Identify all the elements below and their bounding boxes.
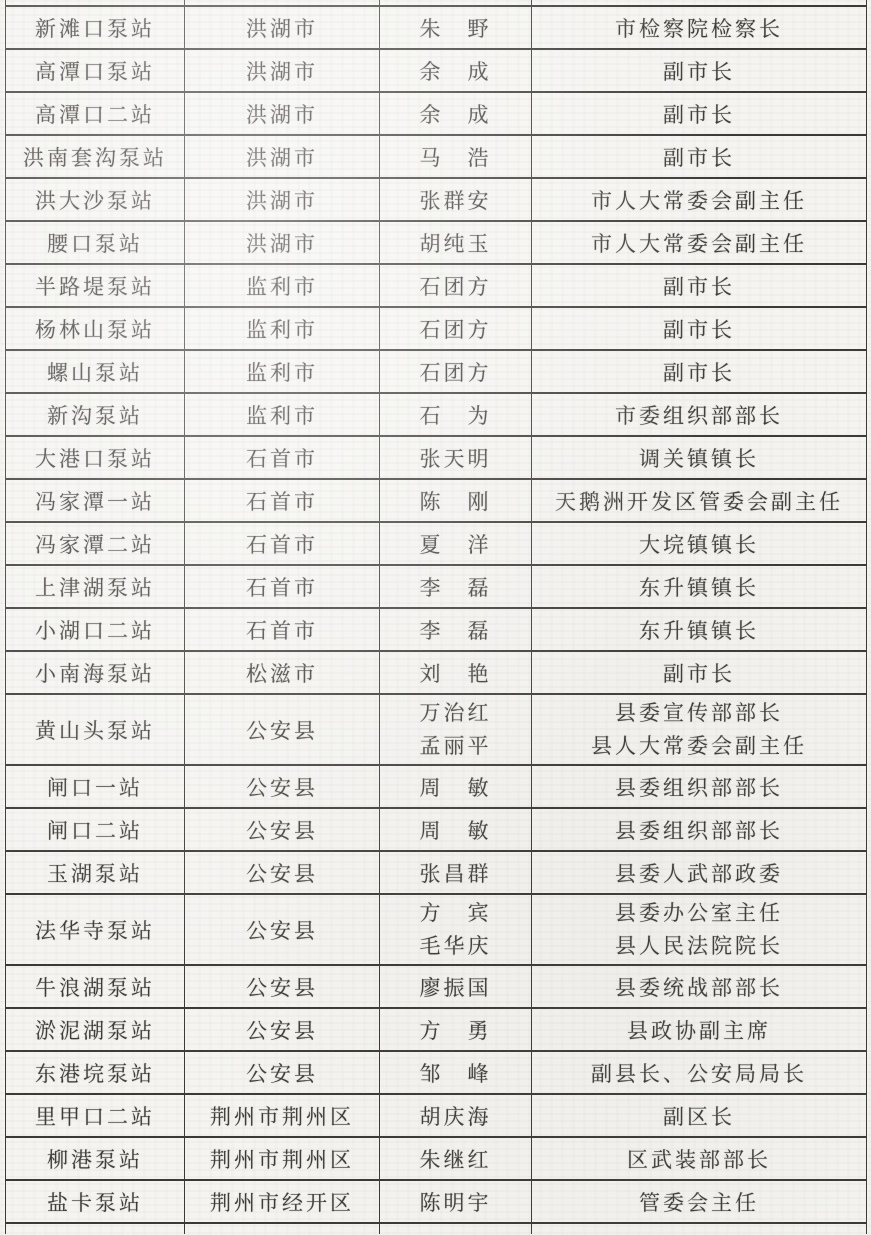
table-row: 东港垸泵站公安县邹 峰副县长、公安局局长 [6, 1051, 867, 1094]
city-cell: 公安县 [185, 965, 380, 1008]
name-cell-line: 毛华庆 [380, 930, 531, 963]
name-cell: 朱 野 [380, 6, 532, 49]
station-cell: 玉湖泵站 [6, 851, 185, 894]
position-cell: 县政协副主席 [532, 1008, 867, 1051]
station-cell: 高潭口泵站 [6, 49, 185, 92]
city-cell: 洪湖市 [185, 221, 380, 264]
table-row: 半路堤泵站监利市石团方副市长 [6, 264, 867, 307]
position-cell: 区武装部部长 [532, 1137, 867, 1180]
name-cell: 刘 艳 [380, 651, 532, 694]
station-cell: 里甲口二站 [6, 1094, 185, 1137]
table-row: 新滩口泵站洪湖市朱 野市检察院检察长 [6, 6, 867, 49]
station-cell: 冯家潭二站 [6, 522, 185, 565]
table-row: 冯家潭一站石首市陈 刚天鹅洲开发区管委会副主任 [6, 479, 867, 522]
position-cell: 市委组织部部长 [532, 393, 867, 436]
table-row: 杨林山泵站监利市石团方副市长 [6, 307, 867, 350]
city-cell: 公安县 [185, 765, 380, 808]
position-cell: 县委宣传部部长县人大常委会副主任 [532, 694, 867, 765]
table-row: 黄山头泵站公安县万治红孟丽平县委宣传部部长县人大常委会副主任 [6, 694, 867, 765]
city-cell: 荆州市经开区 [185, 1180, 380, 1223]
position-cell: 副市长 [532, 651, 867, 694]
city-cell: 石首市 [185, 436, 380, 479]
station-cell: 法华寺泵站 [6, 894, 185, 965]
position-cell: 县委办公室主任县人民法院院长 [532, 894, 867, 965]
position-cell: 大垸镇镇长 [532, 522, 867, 565]
table-row: 小南海泵站松滋市刘 艳副市长 [6, 651, 867, 694]
name-cell: 张昌群 [380, 851, 532, 894]
name-cell-cropped [380, 1223, 532, 1234]
station-cell: 闸口一站 [6, 765, 185, 808]
station-cell: 杨林山泵站 [6, 307, 185, 350]
station-cell: 小南海泵站 [6, 651, 185, 694]
station-cell: 盐卡泵站 [6, 1180, 185, 1223]
city-cell: 荆州市荆州区 [185, 1137, 380, 1180]
station-cell: 柳港泵站 [6, 1137, 185, 1180]
name-cell: 陈明宇 [380, 1180, 532, 1223]
station-cell: 黄山头泵站 [6, 694, 185, 765]
name-cell: 石团方 [380, 307, 532, 350]
table-row: 牛浪湖泵站公安县廖振国县委统战部部长 [6, 965, 867, 1008]
station-cell: 小湖口二站 [6, 608, 185, 651]
table-row-partial-bottom [6, 1223, 867, 1234]
table-row: 上津湖泵站石首市李 磊东升镇镇长 [6, 565, 867, 608]
city-cell: 公安县 [185, 808, 380, 851]
name-cell: 李 磊 [380, 608, 532, 651]
city-cell: 监利市 [185, 264, 380, 307]
name-cell: 邹 峰 [380, 1051, 532, 1094]
position-cell-line: 县委办公室主任 [532, 897, 866, 930]
city-cell: 石首市 [185, 608, 380, 651]
station-cell: 新沟泵站 [6, 393, 185, 436]
table-row: 小湖口二站石首市李 磊东升镇镇长 [6, 608, 867, 651]
name-cell: 石团方 [380, 350, 532, 393]
name-cell: 胡庆海 [380, 1094, 532, 1137]
name-cell: 万治红孟丽平 [380, 694, 532, 765]
city-cell: 公安县 [185, 1008, 380, 1051]
name-cell: 周 敏 [380, 808, 532, 851]
table-row: 法华寺泵站公安县方 宾毛华庆县委办公室主任县人民法院院长 [6, 894, 867, 965]
city-cell: 公安县 [185, 851, 380, 894]
city-cell: 荆州市荆州区 [185, 1094, 380, 1137]
name-cell: 方 宾毛华庆 [380, 894, 532, 965]
city-cell-cropped [185, 1223, 380, 1234]
station-cell: 冯家潭一站 [6, 479, 185, 522]
name-cell-line: 孟丽平 [380, 730, 531, 763]
name-cell: 朱继红 [380, 1137, 532, 1180]
position-cell: 县委组织部部长 [532, 765, 867, 808]
table-row: 高潭口泵站洪湖市余 成副市长 [6, 49, 867, 92]
city-cell: 监利市 [185, 350, 380, 393]
position-cell: 东升镇镇长 [532, 608, 867, 651]
pump-station-officials-table: 新滩口泵站洪湖市朱 野市检察院检察长高潭口泵站洪湖市余 成副市长高潭口二站洪湖市… [5, 0, 867, 1234]
station-cell: 东港垸泵站 [6, 1051, 185, 1094]
position-cell: 县委组织部部长 [532, 808, 867, 851]
name-cell-line: 万治红 [380, 697, 531, 730]
position-cell: 副市长 [532, 350, 867, 393]
station-cell: 洪大沙泵站 [6, 178, 185, 221]
table-row: 闸口二站公安县周 敏县委组织部部长 [6, 808, 867, 851]
city-cell: 洪湖市 [185, 6, 380, 49]
position-cell: 天鹅洲开发区管委会副主任 [532, 479, 867, 522]
position-cell: 市人大常委会副主任 [532, 221, 867, 264]
position-cell: 县委人武部政委 [532, 851, 867, 894]
position-cell: 副市长 [532, 92, 867, 135]
position-cell: 副县长、公安局局长 [532, 1051, 867, 1094]
station-cell: 高潭口二站 [6, 92, 185, 135]
table-row: 高潭口二站洪湖市余 成副市长 [6, 92, 867, 135]
table-row: 闸口一站公安县周 敏县委组织部部长 [6, 765, 867, 808]
name-cell: 马 浩 [380, 135, 532, 178]
city-cell: 洪湖市 [185, 178, 380, 221]
table-row: 淤泥湖泵站公安县方 勇县政协副主席 [6, 1008, 867, 1051]
position-cell: 副市长 [532, 264, 867, 307]
station-cell: 闸口二站 [6, 808, 185, 851]
name-cell: 余 成 [380, 92, 532, 135]
position-cell-cropped [532, 1223, 867, 1234]
name-cell: 夏 洋 [380, 522, 532, 565]
position-cell-line: 县委宣传部部长 [532, 697, 866, 730]
station-cell: 半路堤泵站 [6, 264, 185, 307]
city-cell: 洪湖市 [185, 92, 380, 135]
table-row: 里甲口二站荆州市荆州区胡庆海副区长 [6, 1094, 867, 1137]
city-cell: 石首市 [185, 479, 380, 522]
name-cell: 方 勇 [380, 1008, 532, 1051]
city-cell: 监利市 [185, 307, 380, 350]
table-row: 洪大沙泵站洪湖市张群安市人大常委会副主任 [6, 178, 867, 221]
table-row: 柳港泵站荆州市荆州区朱继红区武装部部长 [6, 1137, 867, 1180]
position-cell: 调关镇镇长 [532, 436, 867, 479]
city-cell: 石首市 [185, 565, 380, 608]
table-row: 大港口泵站石首市张天明调关镇镇长 [6, 436, 867, 479]
city-cell: 监利市 [185, 393, 380, 436]
position-cell: 市人大常委会副主任 [532, 178, 867, 221]
station-cell: 牛浪湖泵站 [6, 965, 185, 1008]
table-row: 洪南套沟泵站洪湖市马 浩副市长 [6, 135, 867, 178]
name-cell: 廖振国 [380, 965, 532, 1008]
city-cell: 石首市 [185, 522, 380, 565]
name-cell-line: 方 宾 [380, 897, 531, 930]
city-cell: 公安县 [185, 894, 380, 965]
name-cell: 余 成 [380, 49, 532, 92]
station-cell: 洪南套沟泵站 [6, 135, 185, 178]
position-cell: 副市长 [532, 49, 867, 92]
position-cell-line: 县人民法院院长 [532, 930, 866, 963]
position-cell: 东升镇镇长 [532, 565, 867, 608]
city-cell: 公安县 [185, 1051, 380, 1094]
city-cell: 洪湖市 [185, 49, 380, 92]
table-row: 冯家潭二站石首市夏 洋大垸镇镇长 [6, 522, 867, 565]
name-cell: 张群安 [380, 178, 532, 221]
name-cell: 李 磊 [380, 565, 532, 608]
name-cell: 陈 刚 [380, 479, 532, 522]
scanned-document-page: 新滩口泵站洪湖市朱 野市检察院检察长高潭口泵站洪湖市余 成副市长高潭口二站洪湖市… [0, 0, 871, 1235]
position-cell: 市检察院检察长 [532, 6, 867, 49]
name-cell: 周 敏 [380, 765, 532, 808]
table-row: 盐卡泵站荆州市经开区陈明宇管委会主任 [6, 1180, 867, 1223]
table-row: 螺山泵站监利市石团方副市长 [6, 350, 867, 393]
city-cell: 松滋市 [185, 651, 380, 694]
position-cell: 副市长 [532, 307, 867, 350]
table-row: 新沟泵站监利市石 为市委组织部部长 [6, 393, 867, 436]
table-row: 腰口泵站洪湖市胡纯玉市人大常委会副主任 [6, 221, 867, 264]
position-cell-line: 县人大常委会副主任 [532, 730, 866, 763]
name-cell: 张天明 [380, 436, 532, 479]
city-cell: 洪湖市 [185, 135, 380, 178]
position-cell: 副区长 [532, 1094, 867, 1137]
station-cell: 新滩口泵站 [6, 6, 185, 49]
table-row: 玉湖泵站公安县张昌群县委人武部政委 [6, 851, 867, 894]
station-cell-cropped [6, 1223, 185, 1234]
name-cell: 石团方 [380, 264, 532, 307]
station-cell: 淤泥湖泵站 [6, 1008, 185, 1051]
position-cell: 管委会主任 [532, 1180, 867, 1223]
station-cell: 腰口泵站 [6, 221, 185, 264]
name-cell: 胡纯玉 [380, 221, 532, 264]
name-cell: 石 为 [380, 393, 532, 436]
station-cell: 大港口泵站 [6, 436, 185, 479]
position-cell: 副市长 [532, 135, 867, 178]
position-cell: 县委统战部部长 [532, 965, 867, 1008]
station-cell: 上津湖泵站 [6, 565, 185, 608]
station-cell: 螺山泵站 [6, 350, 185, 393]
city-cell: 公安县 [185, 694, 380, 765]
